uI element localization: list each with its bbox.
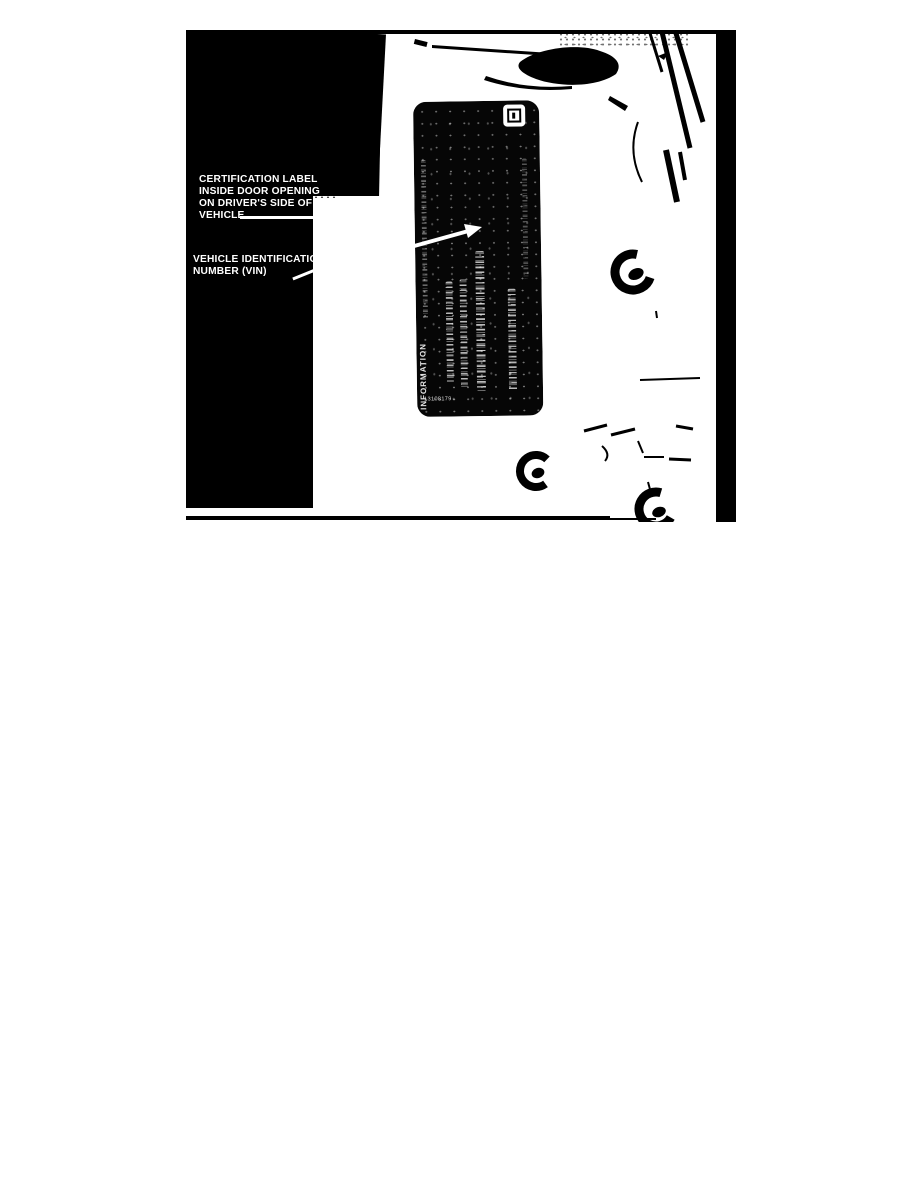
figure-border-right	[716, 30, 736, 522]
gm-logo-glyph	[512, 113, 515, 119]
gm-logo-icon	[503, 104, 525, 126]
callout-line: INSIDE DOOR OPENING	[199, 186, 320, 198]
grommet-plug	[514, 449, 559, 494]
callout-certification-label: CERTIFICATION LABEL INSIDE DOOR OPENING …	[199, 174, 320, 222]
pillar-lines	[649, 30, 703, 202]
label-text-noise	[522, 158, 529, 278]
figure-border-top	[186, 30, 736, 34]
label-text-noise	[508, 289, 517, 391]
callout-line: CERTIFICATION LABEL	[199, 174, 320, 186]
label-text-noise	[421, 160, 428, 320]
label-text-noise	[475, 251, 486, 391]
callout-pointer-line	[240, 216, 314, 219]
shadow-column-left	[186, 195, 313, 508]
grommet-plug	[610, 249, 655, 294]
figure-border-bottom	[186, 516, 610, 520]
grommet-plug	[633, 486, 679, 522]
scratch-arc	[633, 122, 642, 182]
label-text-noise	[446, 281, 454, 383]
shadow-block-top-left	[186, 30, 382, 196]
halftone-dust-top	[558, 32, 690, 47]
door-photo-figure: CERTIFICATION LABEL INSIDE DOOR OPENING …	[186, 30, 736, 522]
label-part-number: 13108179	[424, 396, 452, 402]
scratch-dashes	[640, 311, 700, 460]
callout-line: VEHICLE IDENTIFICATION	[193, 254, 325, 266]
manual-page: { "page": { "background_color": "#ffffff…	[0, 0, 918, 1188]
figure-border-bottom-thin	[610, 518, 656, 520]
certification-label-plate: INFORMATION 13108179	[413, 100, 543, 417]
callout-line: ON DRIVER'S SIDE OF	[199, 198, 320, 210]
label-text-noise	[459, 279, 468, 387]
scratch-streaks-bottom	[584, 425, 651, 493]
gm-logo-inner-square	[507, 108, 521, 122]
